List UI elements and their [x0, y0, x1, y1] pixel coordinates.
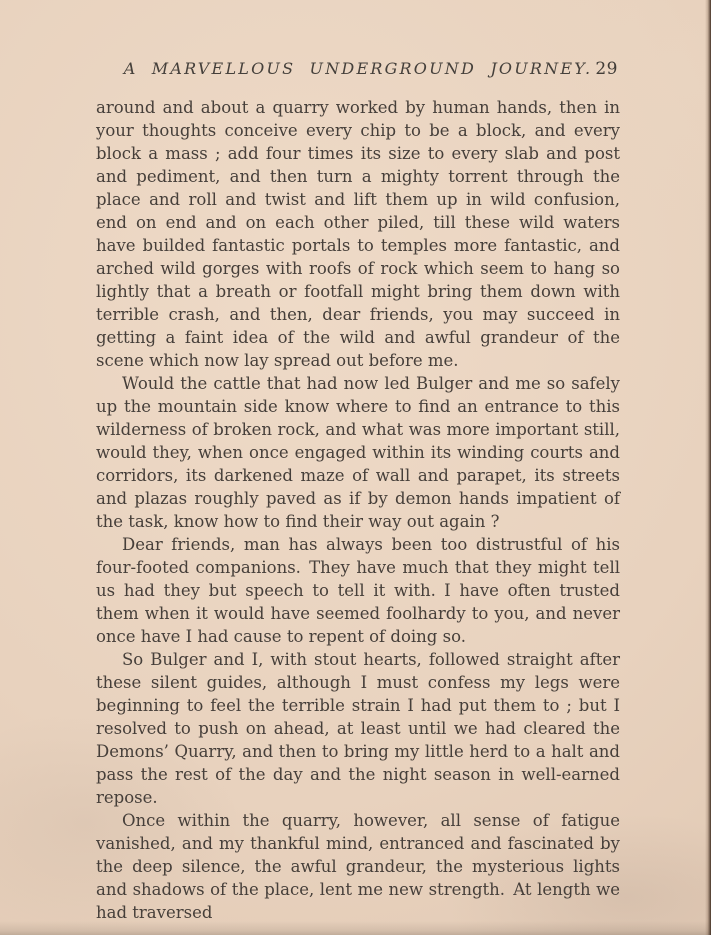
paragraph: Once within the quarry, however, all sen… [96, 809, 620, 924]
paragraph: Would the cattle that had now led Bulger… [96, 372, 620, 533]
book-page-scan: A MARVELLOUS UNDERGROUND JOURNEY. 29 aro… [0, 0, 711, 935]
page-header: A MARVELLOUS UNDERGROUND JOURNEY. 29 [96, 59, 620, 83]
page-edge-shadow [705, 0, 711, 935]
page-number: 29 [595, 59, 618, 79]
paragraph: Dear friends, man has always been too di… [96, 533, 620, 648]
page-body: around and about a quarry worked by huma… [96, 96, 620, 924]
paragraph-continuation: around and about a quarry worked by huma… [96, 96, 620, 372]
paragraph: So Bulger and I, with stout hearts, foll… [96, 648, 620, 809]
running-title: A MARVELLOUS UNDERGROUND JOURNEY. [96, 59, 620, 78]
